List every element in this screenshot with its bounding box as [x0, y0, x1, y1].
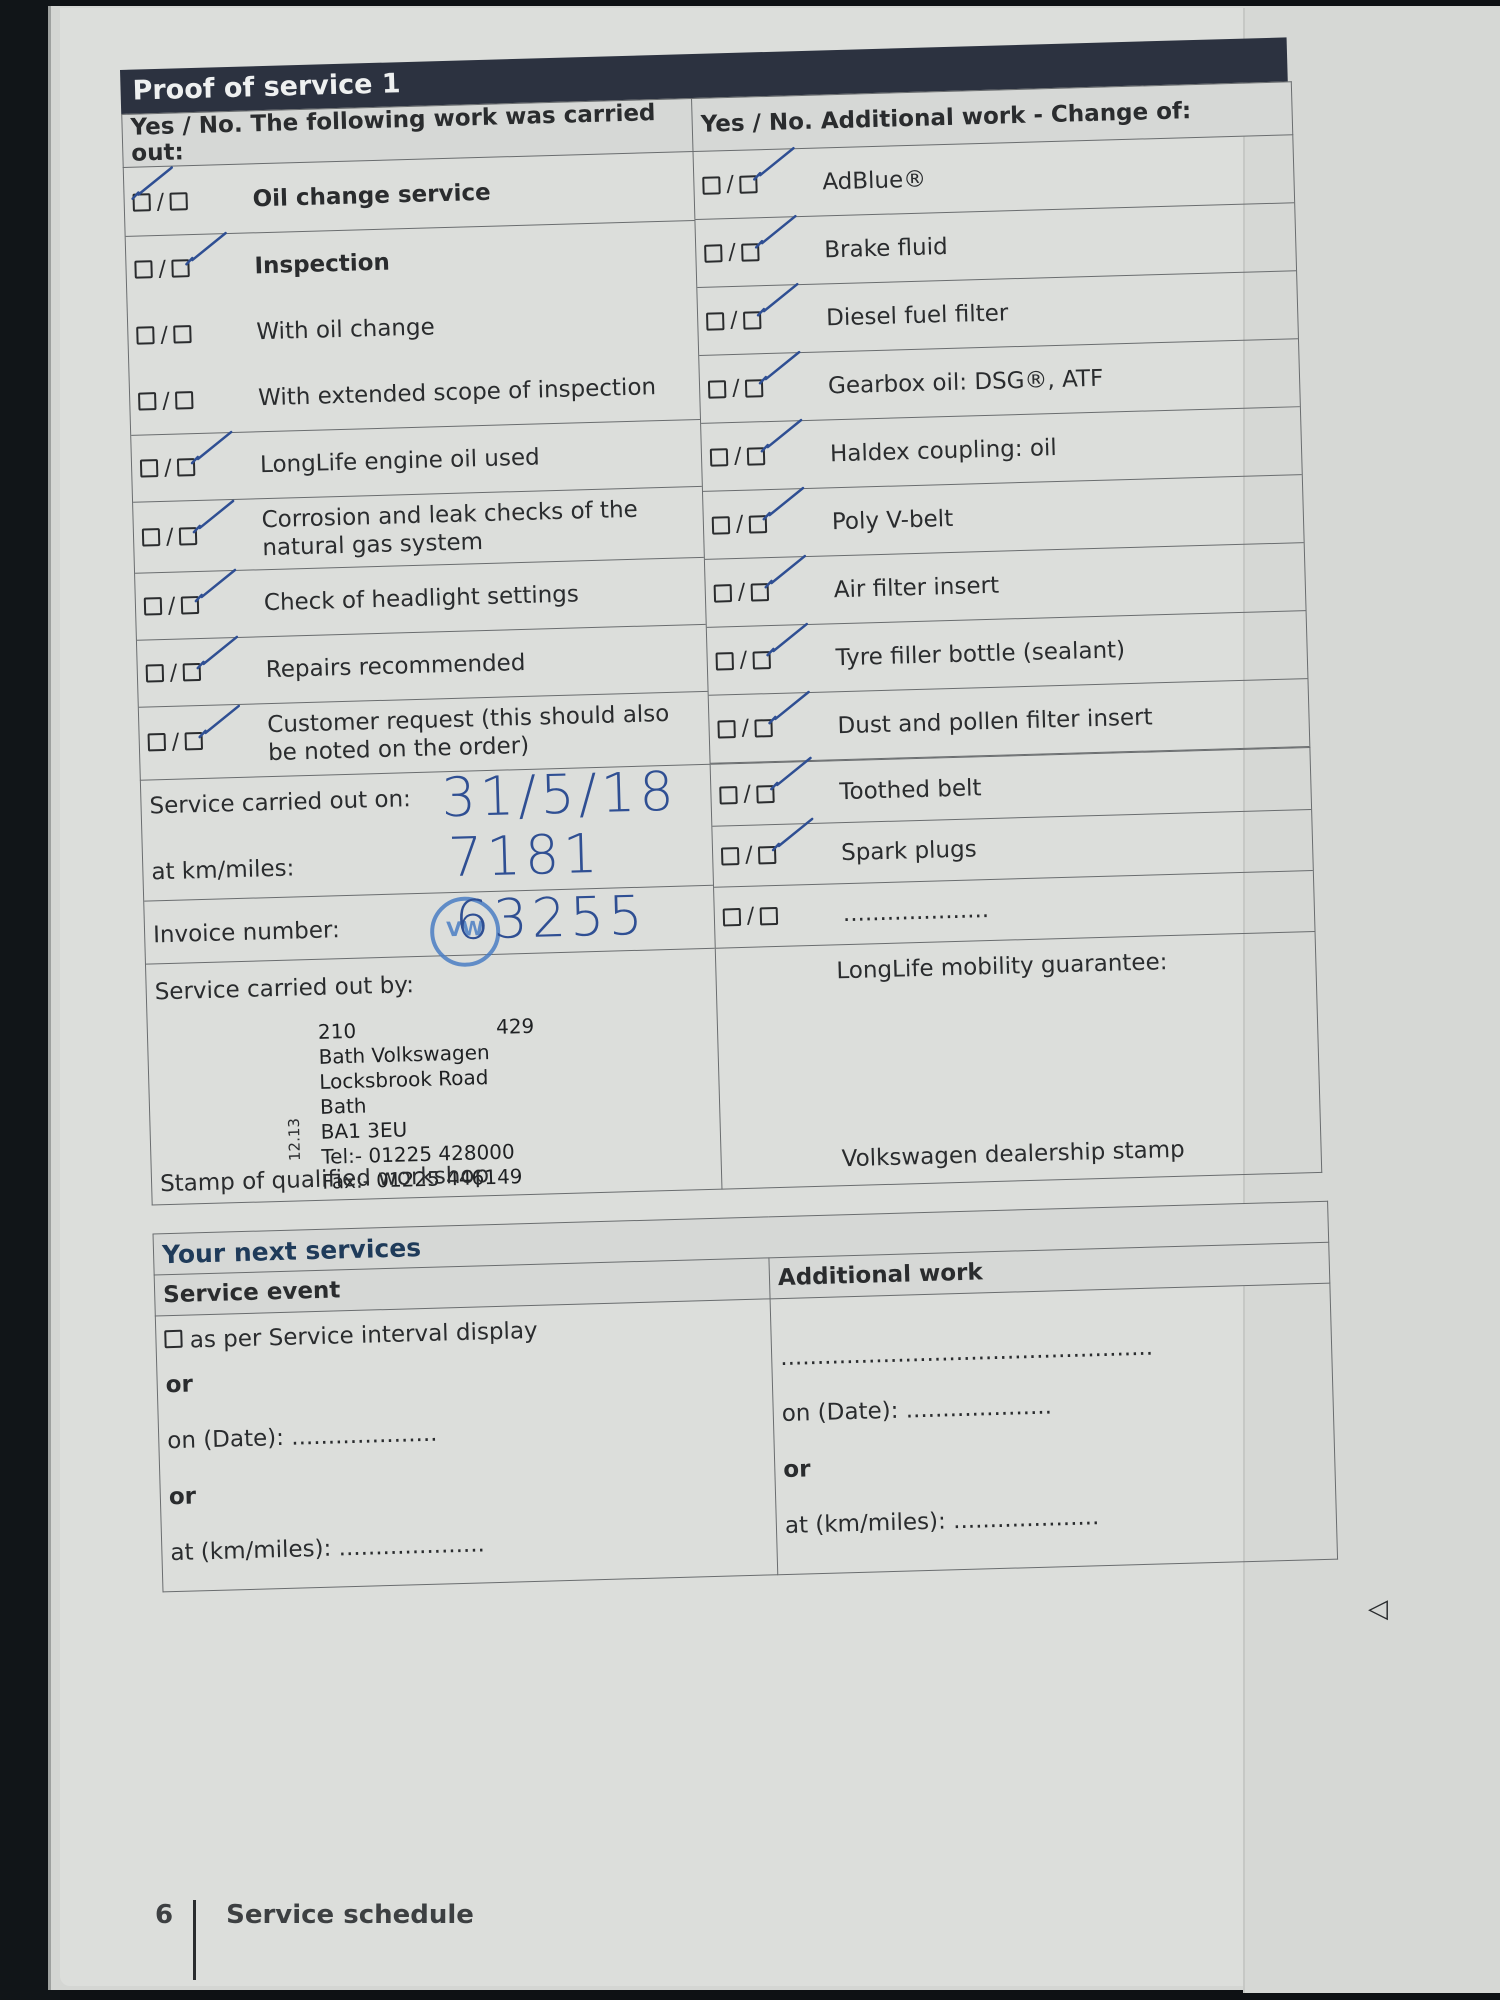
work-item-label: Corrosion and leak checks of the natural… [261, 494, 682, 562]
yes-checkbox[interactable] [704, 244, 722, 262]
or-text-2: or [169, 1467, 767, 1510]
work-item-label: With extended scope of inspection [258, 373, 679, 413]
yes-no-checkboxes: / [717, 714, 828, 742]
yes-checkbox[interactable] [142, 528, 160, 546]
yes-no-checkboxes: / [134, 254, 245, 282]
yes-checkbox[interactable] [708, 380, 726, 398]
pen-tick-mark-icon [189, 565, 240, 606]
yes-no-separator: / [166, 524, 174, 549]
yes-no-separator: / [741, 716, 749, 741]
or-text-1: or [165, 1356, 763, 1399]
work-item-label: Repairs recommended [265, 644, 686, 684]
page-footer: 6Service schedule [155, 1900, 474, 1980]
yes-no-separator: / [730, 308, 738, 333]
yes-no-separator: / [168, 593, 176, 618]
footer-divider [193, 1900, 196, 1980]
pen-tick-mark-icon [185, 427, 236, 468]
mobility-guarantee-block: LongLife mobility guarantee: Volkswagen … [716, 931, 1321, 1188]
interval-option-label: as per Service interval display [189, 1318, 537, 1354]
yes-no-separator: / [164, 455, 172, 480]
yes-checkbox[interactable] [717, 720, 735, 738]
additional-work-label: .................... [842, 896, 989, 928]
pen-tick-mark-icon [187, 496, 238, 537]
additional-work-label: Gearbox oil: DSG®, ATF [828, 364, 1104, 400]
no-checkbox[interactable] [174, 325, 192, 343]
yes-no-separator: / [732, 376, 740, 401]
yes-no-checkboxes: / [147, 727, 258, 755]
work-item-label: LongLife engine oil used [260, 440, 681, 480]
dealer-stamp-cell: /Toothed belt/Spark plugs/..............… [710, 748, 1322, 1190]
mileage-label: at km/miles: [151, 854, 295, 886]
yes-no-checkboxes: / [146, 658, 257, 686]
stamp-side-code: 12.13 [285, 1118, 304, 1161]
stamp-code-right: 429 [496, 1014, 535, 1039]
stamp-workshop-label: Stamp of qualified workshop [160, 1161, 490, 1198]
proof-of-service-form: Proof of service 1 Yes / No. The followi… [120, 36, 1382, 1592]
left-items-cell: /Oil change service/Inspection/With oil … [123, 152, 710, 781]
yes-checkbox[interactable] [719, 786, 737, 804]
yes-no-separator: / [737, 580, 745, 605]
pen-tick-mark-icon [751, 280, 802, 321]
pen-tick-mark-icon [191, 632, 242, 673]
yes-no-separator: / [736, 512, 744, 537]
additional-work-label: Poly V-belt [832, 504, 954, 535]
no-checkbox[interactable] [760, 906, 778, 924]
yes-checkbox[interactable] [723, 907, 741, 925]
yes-checkbox[interactable] [710, 448, 728, 466]
invoice-label: Invoice number: [153, 916, 340, 949]
pen-tick-mark-icon [193, 701, 244, 742]
yes-no-separator: / [743, 782, 751, 807]
work-item-label: Inspection [254, 241, 675, 281]
yes-checkbox[interactable] [702, 176, 720, 194]
yes-checkbox[interactable] [706, 312, 724, 330]
yes-no-checkboxes: / [144, 591, 255, 619]
additional-work-tail: /Toothed belt/Spark plugs/..............… [711, 749, 1315, 949]
yes-no-checkboxes: / [132, 187, 243, 215]
additional-date-field[interactable]: on (Date): .................... [781, 1386, 1325, 1427]
yes-no-separator: / [160, 322, 168, 347]
right-items-cell: /AdBlue®/Brake fluid/Diesel fuel filter/… [693, 135, 1310, 765]
yes-no-checkboxes: / [704, 238, 815, 266]
dealer-stamp-label: Volkswagen dealership stamp [841, 1135, 1185, 1173]
additional-work-label: Tyre filler bottle (sealant) [835, 636, 1125, 672]
yes-no-checkboxes: / [712, 510, 823, 538]
yes-checkbox[interactable] [144, 597, 162, 615]
yes-no-separator: / [734, 444, 742, 469]
next-mileage-field[interactable]: at (km/miles): .................... [170, 1523, 768, 1566]
additional-work-cell: ........................................… [770, 1283, 1338, 1575]
additional-work-label: Diesel fuel filter [826, 299, 1009, 332]
service-date-label: Service carried out on: [149, 785, 411, 820]
interval-checkbox[interactable] [164, 1330, 182, 1348]
service-details-cell: Service carried out on: 31/5/18 at km/mi… [140, 764, 722, 1205]
additional-work-label: Haldex coupling: oil [830, 433, 1058, 467]
work-item-label: Customer request (this should also be no… [267, 699, 688, 767]
additional-work-field[interactable]: ........................................… [780, 1330, 1324, 1371]
pen-tick-mark-icon [766, 815, 817, 856]
interval-option[interactable]: as per Service interval display [164, 1312, 762, 1355]
yes-no-checkboxes: / [715, 646, 826, 674]
next-services-table: Your next services Service event Additio… [153, 1201, 1339, 1593]
pen-tick-mark-icon [759, 552, 810, 593]
yes-no-checkboxes: / [142, 522, 253, 550]
pen-tick-mark-icon [764, 754, 815, 795]
invoice-value[interactable]: 63255 [454, 884, 647, 952]
additional-work-list: /AdBlue®/Brake fluid/Diesel fuel filter/… [694, 135, 1310, 763]
yes-no-separator: / [162, 388, 170, 413]
yes-no-checkboxes: / [723, 901, 834, 929]
workshop-block: Service carried out by: 210429 Bath Volk… [146, 949, 721, 1205]
yes-no-separator: / [728, 240, 736, 265]
page-number: 6 [155, 1900, 173, 1930]
additional-work-label: Spark plugs [841, 835, 977, 867]
mileage-value[interactable]: 7181 [447, 822, 602, 889]
yes-checkbox[interactable] [715, 652, 733, 670]
work-item-label: With oil change [256, 307, 677, 347]
no-checkbox[interactable] [175, 391, 193, 409]
pen-tick-mark-icon [126, 163, 177, 204]
pen-tick-mark-icon [755, 416, 806, 457]
yes-checkbox[interactable] [134, 260, 152, 278]
yes-no-checkboxes: / [136, 320, 247, 348]
yes-no-separator: / [171, 729, 179, 754]
service-table: Yes / No. The following work was carried… [121, 81, 1322, 1205]
pen-tick-mark-icon [763, 688, 814, 729]
yes-no-checkboxes: / [710, 442, 821, 470]
yes-checkbox[interactable] [712, 516, 730, 534]
yes-checkbox[interactable] [136, 326, 154, 344]
yes-no-checkboxes: / [719, 779, 830, 807]
yes-no-checkboxes: / [708, 374, 819, 402]
yes-checkbox[interactable] [138, 392, 156, 410]
yes-checkbox[interactable] [714, 584, 732, 602]
yes-no-separator: / [170, 660, 178, 685]
yes-no-checkboxes: / [140, 453, 251, 481]
yes-checkbox[interactable] [721, 847, 739, 865]
or-text-3: or [783, 1442, 1327, 1483]
mobility-label: LongLife mobility guarantee: [836, 948, 1168, 985]
yes-no-checkboxes: / [721, 840, 832, 868]
carried-out-list: /Oil change service/Inspection/With oil … [124, 154, 710, 778]
next-services-title: Your next services [162, 1233, 422, 1269]
yes-no-separator: / [158, 256, 166, 281]
additional-work-label: AdBlue® [822, 165, 927, 196]
pen-tick-mark-icon [761, 620, 812, 661]
pen-tick-mark-icon [749, 212, 800, 253]
next-date-field[interactable]: on (Date): .................... [167, 1412, 765, 1455]
continue-triangle-icon: ◁ [1368, 1594, 1388, 1624]
yes-no-checkboxes: / [706, 306, 817, 334]
yes-no-separator: / [745, 843, 753, 868]
pen-tick-mark-icon [179, 229, 230, 270]
carried-out-by-label: Service carried out by: [154, 971, 414, 1006]
additional-mileage-field[interactable]: at (km/miles): .................... [785, 1498, 1329, 1539]
additional-work-label: Dust and pollen filter insert [837, 703, 1153, 740]
stamp-code-left: 210 [318, 1019, 357, 1044]
date-mileage-block: Service carried out on: 31/5/18 at km/mi… [141, 765, 713, 902]
yes-no-separator: / [726, 172, 734, 197]
section-title: Service schedule [226, 1900, 474, 1930]
additional-work-label: Air filter insert [833, 571, 999, 604]
service-event-cell: as per Service interval display or on (D… [155, 1299, 777, 1592]
pen-tick-mark-icon [757, 484, 808, 525]
additional-work-label: Brake fluid [824, 232, 948, 263]
yes-no-separator: / [747, 904, 755, 929]
yes-checkbox[interactable] [140, 459, 158, 477]
work-item-label: Oil change service [252, 174, 673, 214]
yes-no-checkboxes: / [138, 386, 249, 414]
additional-work-label: Toothed belt [839, 774, 982, 806]
yes-no-checkboxes: / [702, 170, 813, 198]
pen-tick-mark-icon [753, 348, 804, 389]
yes-checkbox[interactable] [148, 733, 166, 751]
yes-no-checkboxes: / [713, 578, 824, 606]
pen-tick-mark-icon [747, 144, 798, 185]
yes-no-separator: / [739, 648, 747, 673]
yes-checkbox[interactable] [146, 664, 164, 682]
work-item-label: Check of headlight settings [264, 577, 685, 617]
service-date-value[interactable]: 31/5/18 [441, 760, 679, 830]
